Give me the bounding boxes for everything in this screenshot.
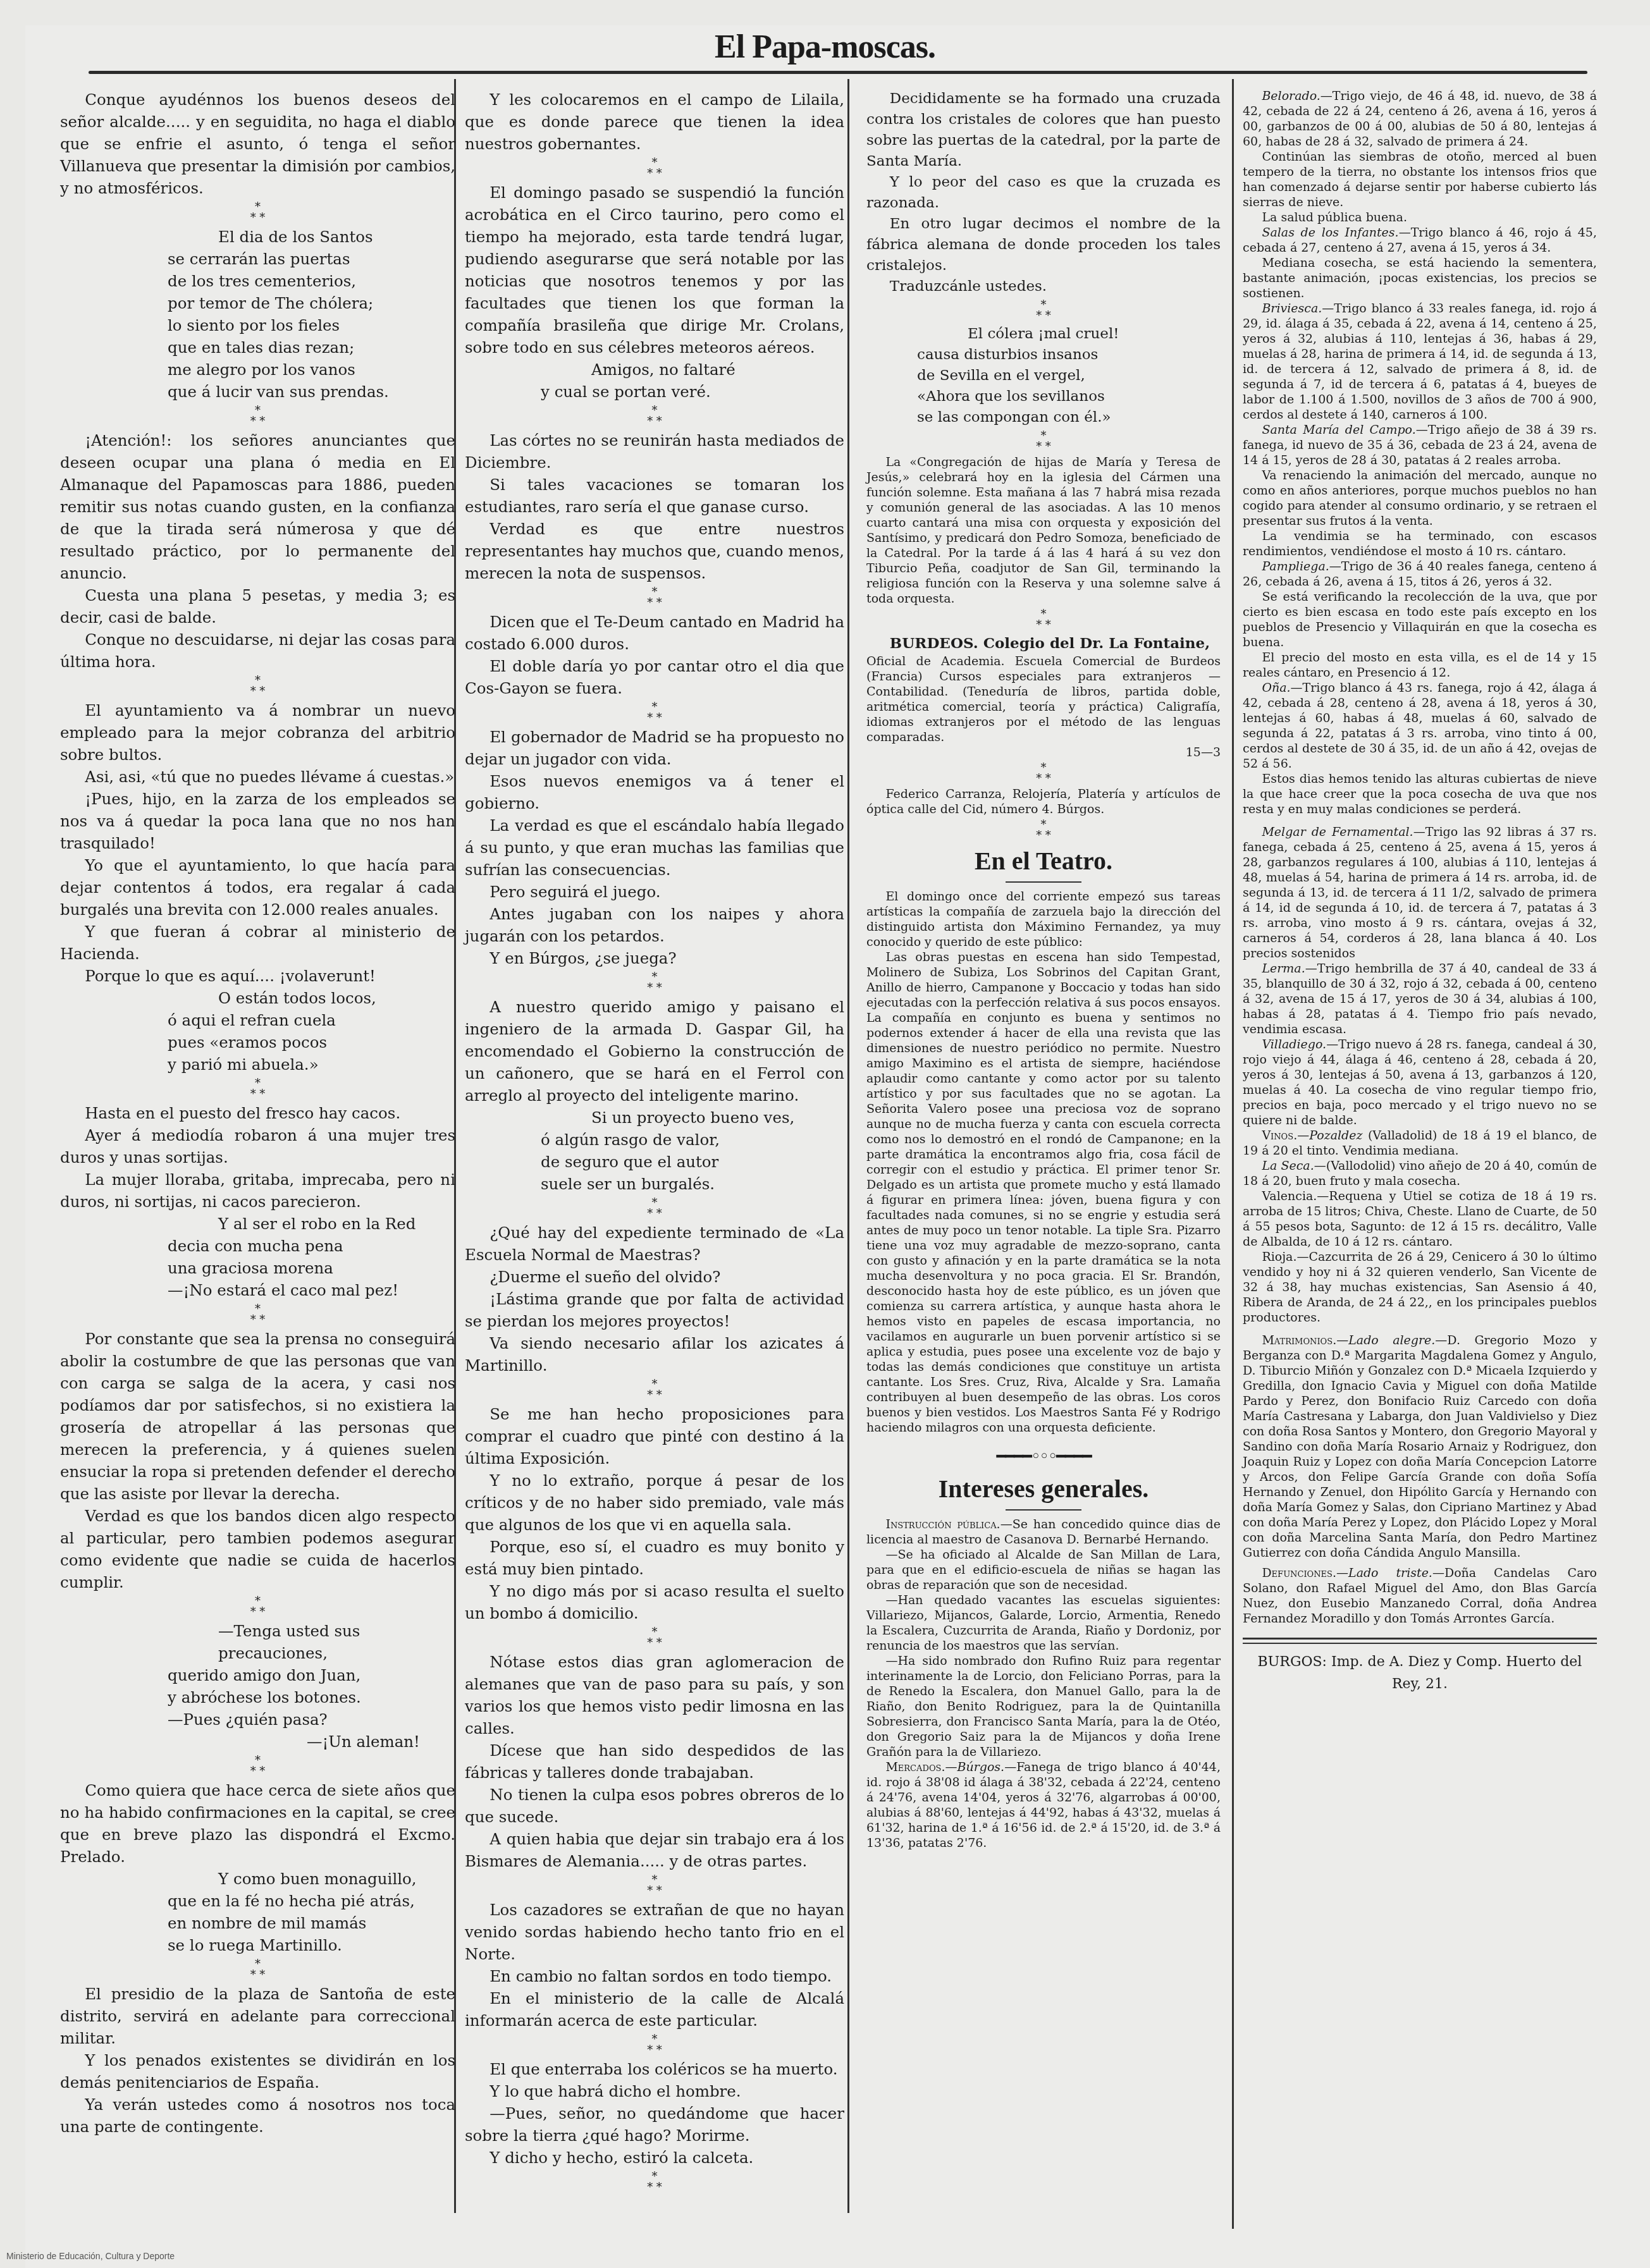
paragraph: En cambio no faltan sordos en todo tiemp… [465, 1965, 844, 1987]
verse: Y como buen monaguillo,que en la fé no h… [60, 1868, 455, 1956]
paragraph: Continúan las siembras de otoño, merced … [1243, 149, 1597, 210]
market-entry: Valencia.—Requena y Utiel se cotiza de 1… [1243, 1189, 1597, 1249]
market-entry: Villadiego.—Trigo nuevo á 28 rs. fanega,… [1243, 1037, 1597, 1128]
asterism-separator: ** * [866, 763, 1221, 784]
paragraph: Si tales vacaciones se tomaran los estud… [465, 474, 844, 518]
paragraph: Instrucción pública.—Se han concedido qu… [866, 1517, 1221, 1547]
paragraph: Antes jugaban con los naipes y ahora jug… [465, 903, 844, 947]
asterism-separator: ** * [465, 2034, 844, 2056]
asterism-separator: ** * [465, 1198, 844, 1219]
imprint: BURGOS: Imp. de A. Diez y Comp. Huerto d… [1243, 1652, 1597, 1695]
paragraph: Mercados.—Búrgos.—Fanega de trigo blanco… [866, 1760, 1221, 1851]
asterism-separator: ** * [866, 431, 1221, 452]
asterism-separator: ** * [60, 202, 455, 223]
paragraph: Verdad es que los bandos dicen algo resp… [60, 1505, 455, 1593]
asterism-separator: ** * [465, 1627, 844, 1648]
paragraph: ¿Qué hay del expediente terminado de «La… [465, 1222, 844, 1266]
paragraph: Y no digo más por si acaso resulta el su… [465, 1580, 844, 1624]
paragraph: ¿Duerme el sueño del olvido? [465, 1266, 844, 1288]
paragraph: Ya verán ustedes como á nosotros nos toc… [60, 2093, 455, 2138]
verse: O están todos locos,ó aqui el refran cue… [60, 987, 455, 1076]
paragraph: Y les colocaremos en el campo de Lilaila… [465, 89, 844, 155]
deaths: Defunciones.—Lado triste.—Doña Candelas … [1243, 1566, 1597, 1626]
paragraph: El ayuntamiento va á nombrar un nuevo em… [60, 699, 455, 766]
verse: El dia de los Santosse cerrarán las puer… [60, 226, 455, 403]
paragraph: Y los penados existentes se dividirán en… [60, 2049, 455, 2093]
paragraph: El precio del mosto en esta villa, es el… [1243, 650, 1597, 680]
asterism-separator: ** * [465, 702, 844, 723]
paragraph: En el ministerio de la calle de Alcalá i… [465, 1987, 844, 2032]
ad-heading: BURDEOS. Colegio del Dr. La Fontaine, [866, 633, 1221, 654]
column-3: Decididamente se ha formado una cruzada … [866, 89, 1221, 1851]
footer-rule [1243, 1638, 1597, 1644]
asterism-separator: ** * [60, 1078, 455, 1100]
asterism-separator: ** * [465, 405, 844, 427]
paragraph: Porque lo que es aquí.... ¡volaverunt! [60, 965, 455, 987]
asterism-separator: ** * [465, 1379, 844, 1401]
column-2: Y les colocaremos en el campo de Lilaila… [465, 89, 844, 2195]
advertisement-carranza: Federico Carranza, Relojería, Platería y… [866, 787, 1221, 817]
paragraph: La «Congregación de hijas de María y Ter… [866, 455, 1221, 606]
paragraph: —Se ha oficiado al Alcalde de San Millan… [866, 1547, 1221, 1593]
paragraph: A quien habia que dejar sin trabajo era … [465, 1828, 844, 1872]
market-entry: Belorado.—Trigo viejo, de 46 á 48, id. n… [1243, 89, 1597, 149]
paragraph: Y no lo extraño, porque á pesar de los c… [465, 1469, 844, 1536]
paragraph: Pero seguirá el juego. [465, 881, 844, 903]
asterism-separator: ** * [60, 1596, 455, 1617]
paragraph: A nuestro querido amigo y paisano el ing… [465, 996, 844, 1106]
paragraph: —Ha sido nombrado don Rufino Ruiz para r… [866, 1653, 1221, 1760]
paragraph: Las obras puestas en escena han sido Tem… [866, 950, 1221, 1435]
market-entry: Briviesca.—Trigo blanco á 33 reales fane… [1243, 301, 1597, 422]
market-entry: Vinos.—Pozaldez (Valladolid) de 18 á 19 … [1243, 1128, 1597, 1158]
asterism-separator: ** * [465, 972, 844, 993]
asterism-separator: ** * [465, 157, 844, 179]
paragraph: El doble daría yo por cantar otro el dia… [465, 655, 844, 699]
paragraph: La mujer lloraba, gritaba, imprecaba, pe… [60, 1168, 455, 1213]
paragraph: La salud pública buena. [1243, 210, 1597, 225]
verse: El cólera ¡mal cruel!causa disturbios in… [866, 324, 1221, 428]
paragraph: Conque ayudénnos los buenos deseos del s… [60, 89, 455, 199]
paragraph: Y lo peor del caso es que la cruzada es … [866, 172, 1221, 214]
market-entry: La Seca.—(Vallodolid) vino añejo de 20 á… [1243, 1158, 1597, 1189]
asterism-separator: ** * [60, 675, 455, 697]
paragraph: El domingo once del corriente empezó sus… [866, 889, 1221, 950]
paragraph: El presidio de la plaza de Santoña de es… [60, 1983, 455, 2049]
paragraph: Hasta en el puesto del fresco hay cacos. [60, 1102, 455, 1124]
paragraph: Y dicho y hecho, estiró la calceta. [465, 2147, 844, 2169]
asterism-separator: ** * [465, 587, 844, 608]
paragraph: Conque no descuidarse, ni dejar las cosa… [60, 628, 455, 673]
paragraph: Y que fueran á cobrar al ministerio de H… [60, 921, 455, 965]
paragraph: Se me han hecho proposiciones para compr… [465, 1403, 844, 1469]
paragraph: Traduzcánle ustedes. [866, 276, 1221, 297]
paragraph: —Han quedado vacantes las escuelas sigui… [866, 1593, 1221, 1653]
paragraph: Decididamente se ha formado una cruzada … [866, 89, 1221, 172]
asterism-separator: ** * [60, 1959, 455, 1980]
paragraph: Nótase estos dias gran aglomeracion de a… [465, 1651, 844, 1739]
asterism-separator: ** * [60, 1755, 455, 1777]
ornament-divider: ━━━━◦◦◦━━━━ [866, 1447, 1221, 1468]
market-entry: Lerma.—Trigo hembrilla de 37 á 40, cande… [1243, 961, 1597, 1037]
market-entry: Rioja.—Cazcurrita de 26 á 29, Cenicero á… [1243, 1249, 1597, 1325]
paragraph: Ayer á mediodía robaron á una mujer tres… [60, 1124, 455, 1168]
paragraph: Dicen que el Te-Deum cantado en Madrid h… [465, 611, 844, 655]
paragraph: —Pues, señor, no quedándome que hacer so… [465, 2102, 844, 2147]
paragraph: Como quiera que hace cerca de siete años… [60, 1779, 455, 1868]
masthead-title: El Papa-moscas. [0, 28, 1650, 66]
paragraph: Se está verificando la recolección de la… [1243, 589, 1597, 650]
asterism-separator: ** * [866, 819, 1221, 841]
column-1: Conque ayudénnos los buenos deseos del s… [60, 89, 455, 2138]
market-entry: Santa María del Campo.—Trigo añejo de 38… [1243, 422, 1597, 468]
paragraph: Cuesta una plana 5 pesetas, y media 3; e… [60, 584, 455, 628]
archive-attribution: Ministerio de Educación, Cultura y Depor… [6, 2251, 175, 2261]
title-rule [1006, 1509, 1081, 1511]
paragraph: Y en Búrgos, ¿se juega? [465, 947, 844, 969]
verse: Amigos, no faltaréy cual se portan veré. [465, 359, 844, 403]
paragraph: No tienen la culpa esos pobres obreros d… [465, 1784, 844, 1828]
asterism-separator: ** * [866, 609, 1221, 630]
paragraph: El que enterraba los coléricos se ha mue… [465, 2058, 844, 2080]
masthead-rule [89, 71, 1587, 74]
paragraph: En otro lugar decimos el nombre de la fá… [866, 214, 1221, 276]
market-entry: Salas de los Infantes.—Trigo blanco á 46… [1243, 225, 1597, 255]
asterism-separator: ** * [60, 405, 455, 427]
asterism-separator: ** * [465, 2171, 844, 2193]
market-entry: Pampliega.—Trigo de 36 á 40 reales faneg… [1243, 559, 1597, 589]
paragraph: Estos dias hemos tenido las alturas cubi… [1243, 771, 1597, 817]
paragraph: ¡Pues, hijo, en la zarza de los empleado… [60, 788, 455, 854]
paragraph: Asi, asi, «tú que no puedes llévame á cu… [60, 766, 455, 788]
column-divider [1232, 79, 1234, 2229]
verse: —Tenga usted sus precauciones,querido am… [60, 1620, 455, 1753]
verse: Y al ser el robo en la Reddecia con much… [60, 1213, 455, 1301]
market-entry: Melgar de Fernamental.—Trigo las 92 libr… [1243, 824, 1597, 961]
verse: Si un proyecto bueno ves,ó algún rasgo d… [465, 1106, 844, 1195]
paragraph: El domingo pasado se suspendió la funció… [465, 181, 844, 359]
paragraph: Las córtes no se reunirán hasta mediados… [465, 429, 844, 474]
paragraph: La vendimia se ha terminado, con escasos… [1243, 529, 1597, 559]
asterism-separator: ** * [465, 1875, 844, 1896]
market-entry: Oña.—Trigo blanco á 43 rs. fanega, rojo … [1243, 680, 1597, 771]
paragraph: Dícese que han sido despedidos de las fá… [465, 1739, 844, 1784]
paragraph: Por constante que sea la prensa no conse… [60, 1328, 455, 1505]
section-title-teatro: En el Teatro. [866, 843, 1221, 879]
paragraph: Va siendo necesario afilar los azicates … [465, 1332, 844, 1376]
column-4: Belorado.—Trigo viejo, de 46 á 48, id. n… [1243, 89, 1597, 1695]
paragraph: Los cazadores se extrañan de que no haya… [465, 1899, 844, 1965]
ad-body: Oficial de Academia. Escuela Comercial d… [866, 654, 1221, 745]
paragraph: ¡Atención!: los señores anunciantes que … [60, 429, 455, 584]
ad-code: 15—3 [866, 745, 1221, 760]
marriages: Matrimonios.—Lado alegre.—D. Gregorio Mo… [1243, 1333, 1597, 1560]
paragraph: ¡Lástima grande que por falta de activid… [465, 1288, 844, 1332]
paragraph: Porque, eso sí, el cuadro es muy bonito … [465, 1536, 844, 1580]
paragraph: La verdad es que el escándalo había lleg… [465, 814, 844, 881]
title-rule [1006, 881, 1081, 883]
asterism-separator: ** * [866, 300, 1221, 321]
paragraph: Verdad es que entre nuestros representan… [465, 518, 844, 584]
paragraph: Mediana cosecha, se está haciendo la sem… [1243, 255, 1597, 301]
advertisement-burdeos: BURDEOS. Colegio del Dr. La Fontaine, Of… [866, 633, 1221, 760]
section-title-intereses: Intereses generales. [866, 1471, 1221, 1507]
paragraph: Yo que el ayuntamiento, lo que hacía par… [60, 854, 455, 921]
column-divider [847, 79, 849, 2213]
paragraph: El gobernador de Madrid se ha propuesto … [465, 726, 844, 770]
paragraph: Esos nuevos enemigos va á tener el gobie… [465, 770, 844, 814]
paragraph: Va renaciendo la animación del mercado, … [1243, 468, 1597, 529]
asterism-separator: ** * [60, 1304, 455, 1325]
paragraph: Y lo que habrá dicho el hombre. [465, 2080, 844, 2102]
